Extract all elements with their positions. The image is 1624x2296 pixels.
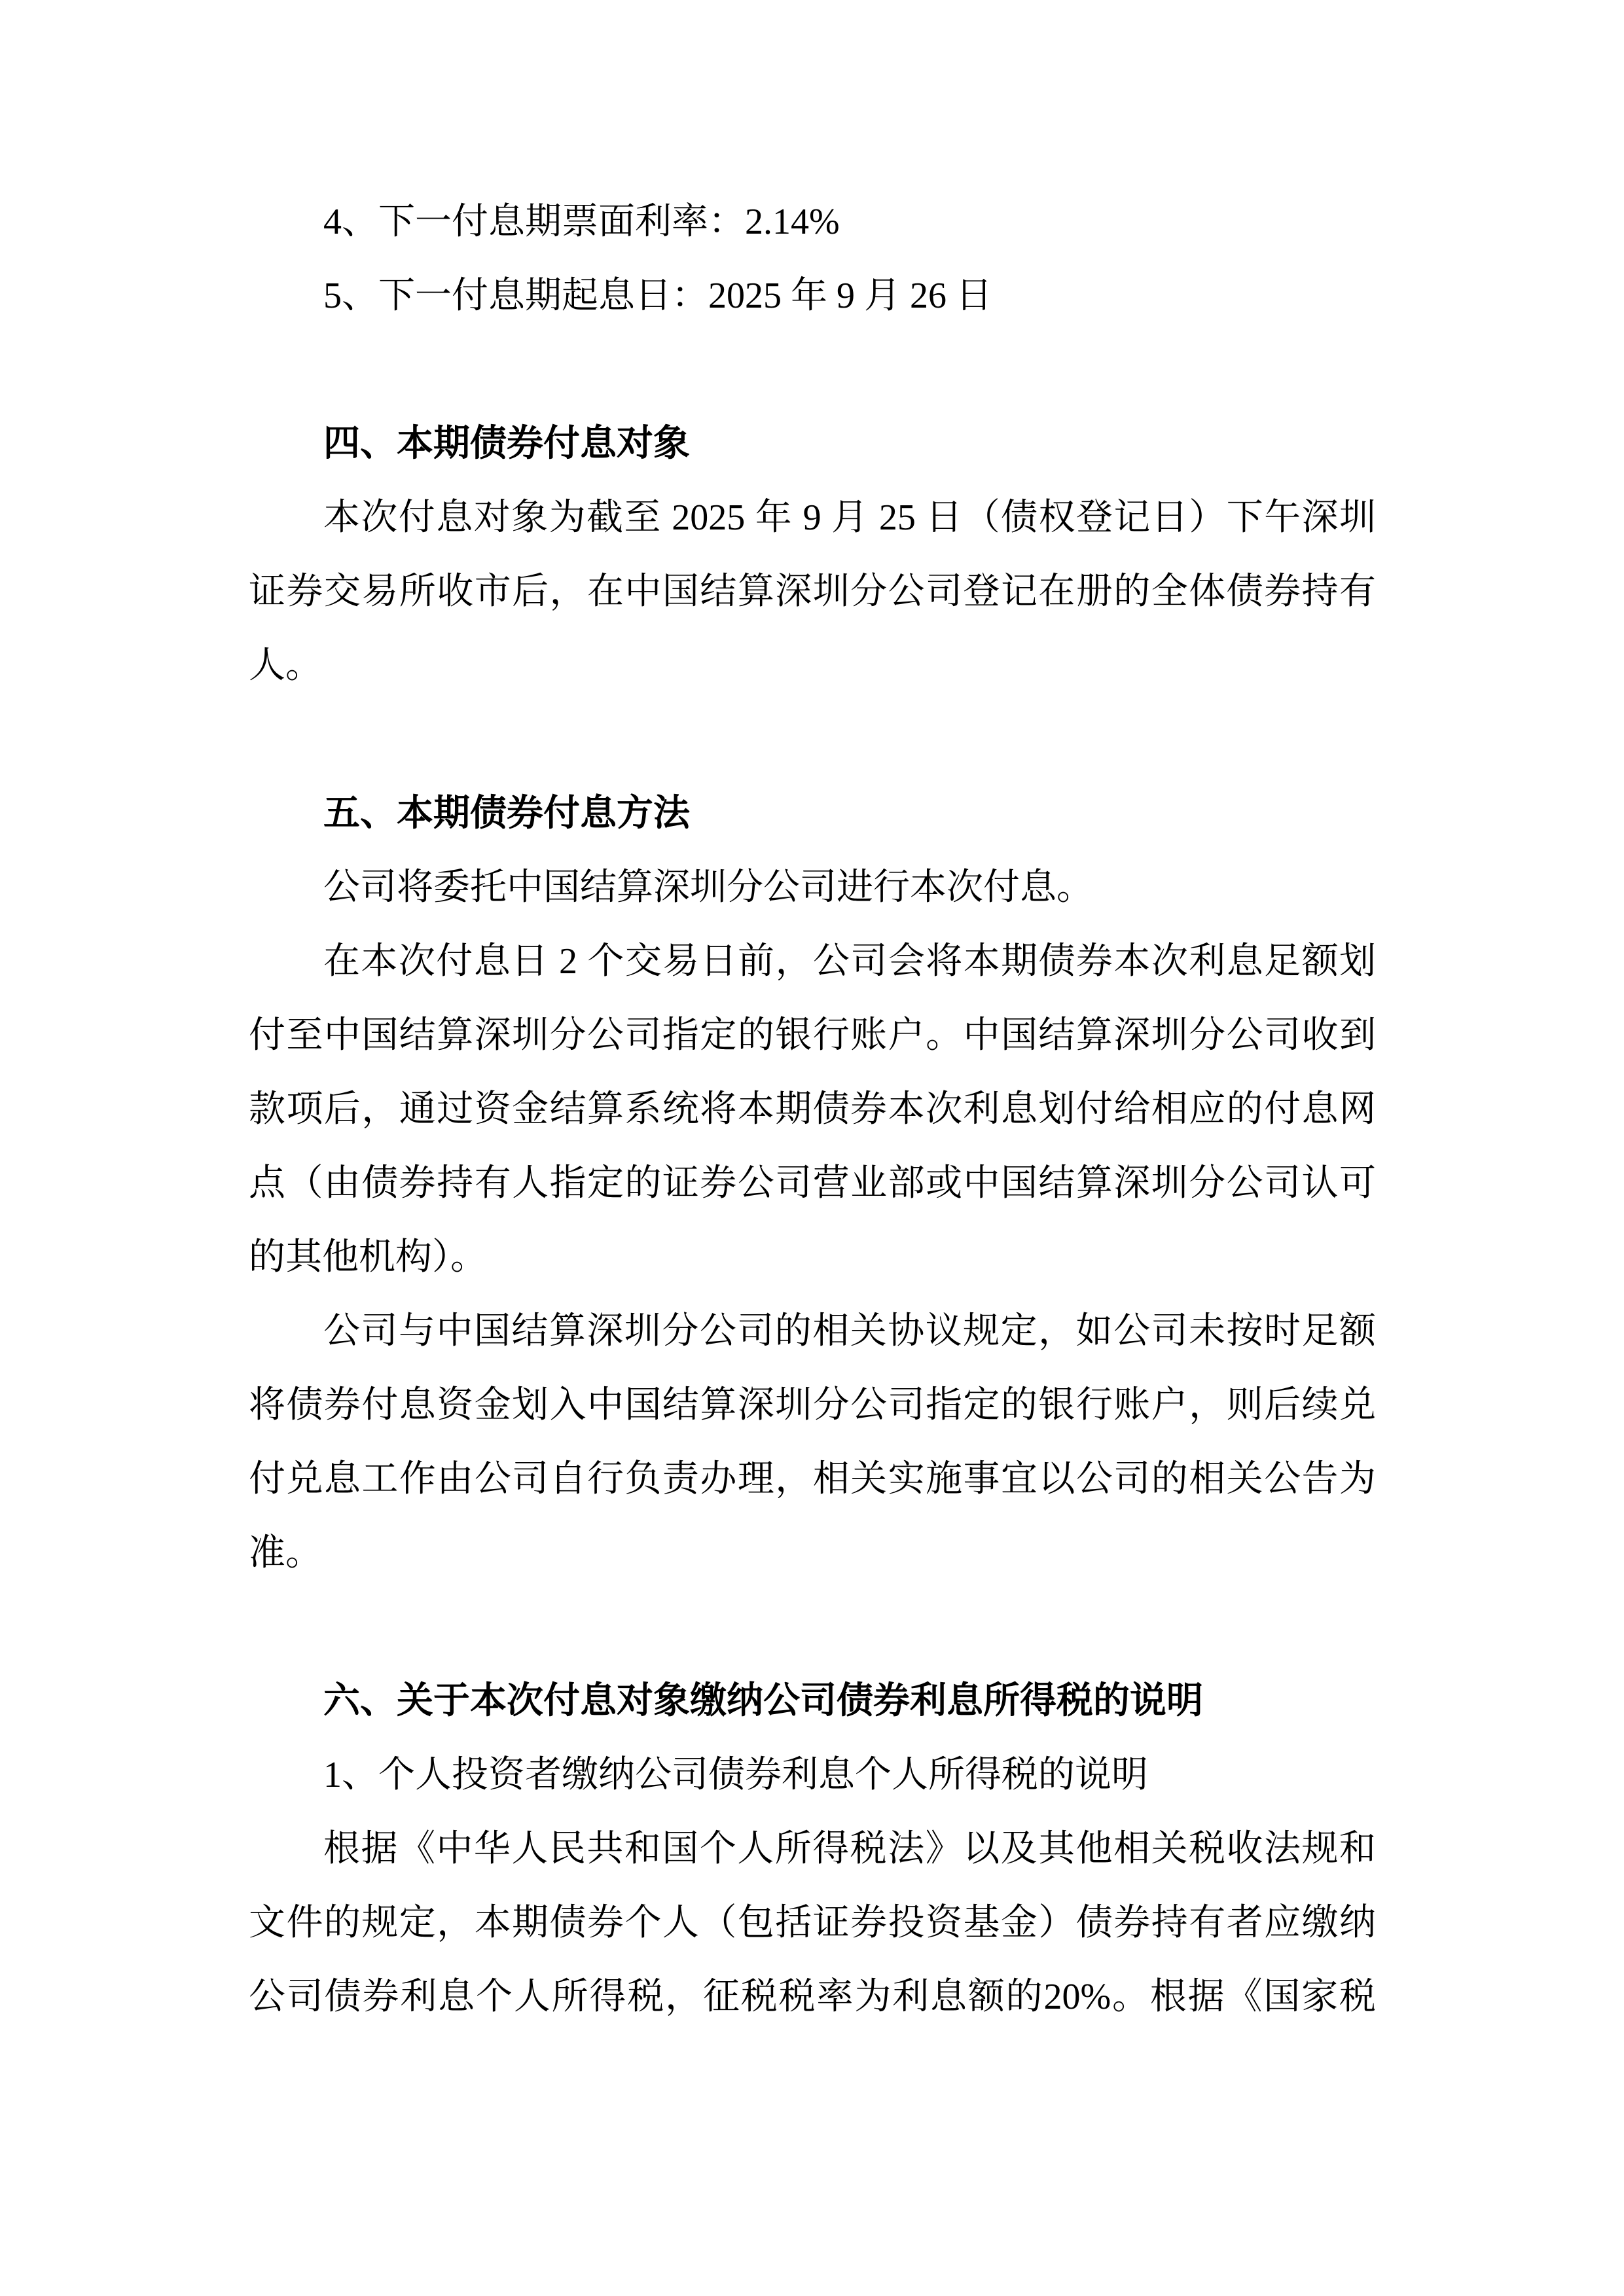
doc-line: 在本次付息日 2 个交易日前，公司会将本期债券本次利息足额划 <box>249 925 1376 999</box>
section-heading-6: 六、关于本次付息对象缴纳公司债券利息所得税的说明 <box>249 1664 1376 1738</box>
doc-line: 公司债券利息个人所得税，征税税率为利息额的20%。根据《国家税 <box>249 1960 1376 2034</box>
section-heading-5: 五、本期债券付息方法 <box>249 777 1376 851</box>
doc-line: 文件的规定，本期债券个人（包括证券投资基金）债券持有者应缴纳 <box>249 1886 1376 1960</box>
doc-line: 点（由债券持有人指定的证券公司营业部或中国结算深圳分公司认可 <box>249 1147 1376 1221</box>
doc-line: 公司与中国结算深圳分公司的相关协议规定，如公司未按时足额 <box>249 1295 1376 1369</box>
document-page: 4、下一付息期票面利率：2.14% 5、下一付息期起息日：2025 年 9 月 … <box>0 0 1624 2296</box>
doc-line: 公司将委托中国结算深圳分公司进行本次付息。 <box>249 851 1376 925</box>
doc-line: 证券交易所收市后，在中国结算深圳分公司登记在册的全体债券持有 <box>249 555 1376 629</box>
blank-line <box>249 333 1376 407</box>
doc-line-item-5: 5、下一付息期起息日：2025 年 9 月 26 日 <box>249 259 1376 333</box>
doc-line: 将债券付息资金划入中国结算深圳分公司指定的银行账户，则后续兑 <box>249 1369 1376 1443</box>
doc-line: 本次付息对象为截至 2025 年 9 月 25 日（债权登记日）下午深圳 <box>249 481 1376 555</box>
document-body: 4、下一付息期票面利率：2.14% 5、下一付息期起息日：2025 年 9 月 … <box>249 185 1376 2034</box>
doc-line: 款项后，通过资金结算系统将本期债券本次利息划付给相应的付息网 <box>249 1073 1376 1147</box>
doc-line: 根据《中华人民共和国个人所得税法》以及其他相关税收法规和 <box>249 1812 1376 1886</box>
doc-line: 1、个人投资者缴纳公司债券利息个人所得税的说明 <box>249 1738 1376 1812</box>
doc-line: 付至中国结算深圳分公司指定的银行账户。中国结算深圳分公司收到 <box>249 999 1376 1073</box>
doc-line: 准。 <box>249 1516 1376 1590</box>
section-heading-4: 四、本期债券付息对象 <box>249 407 1376 481</box>
doc-line: 的其他机构）。 <box>249 1221 1376 1295</box>
blank-line <box>249 1590 1376 1664</box>
doc-line-item-4: 4、下一付息期票面利率：2.14% <box>249 185 1376 259</box>
blank-line <box>249 703 1376 777</box>
doc-line: 人。 <box>249 629 1376 703</box>
doc-line: 付兑息工作由公司自行负责办理，相关实施事宜以公司的相关公告为 <box>249 1443 1376 1516</box>
